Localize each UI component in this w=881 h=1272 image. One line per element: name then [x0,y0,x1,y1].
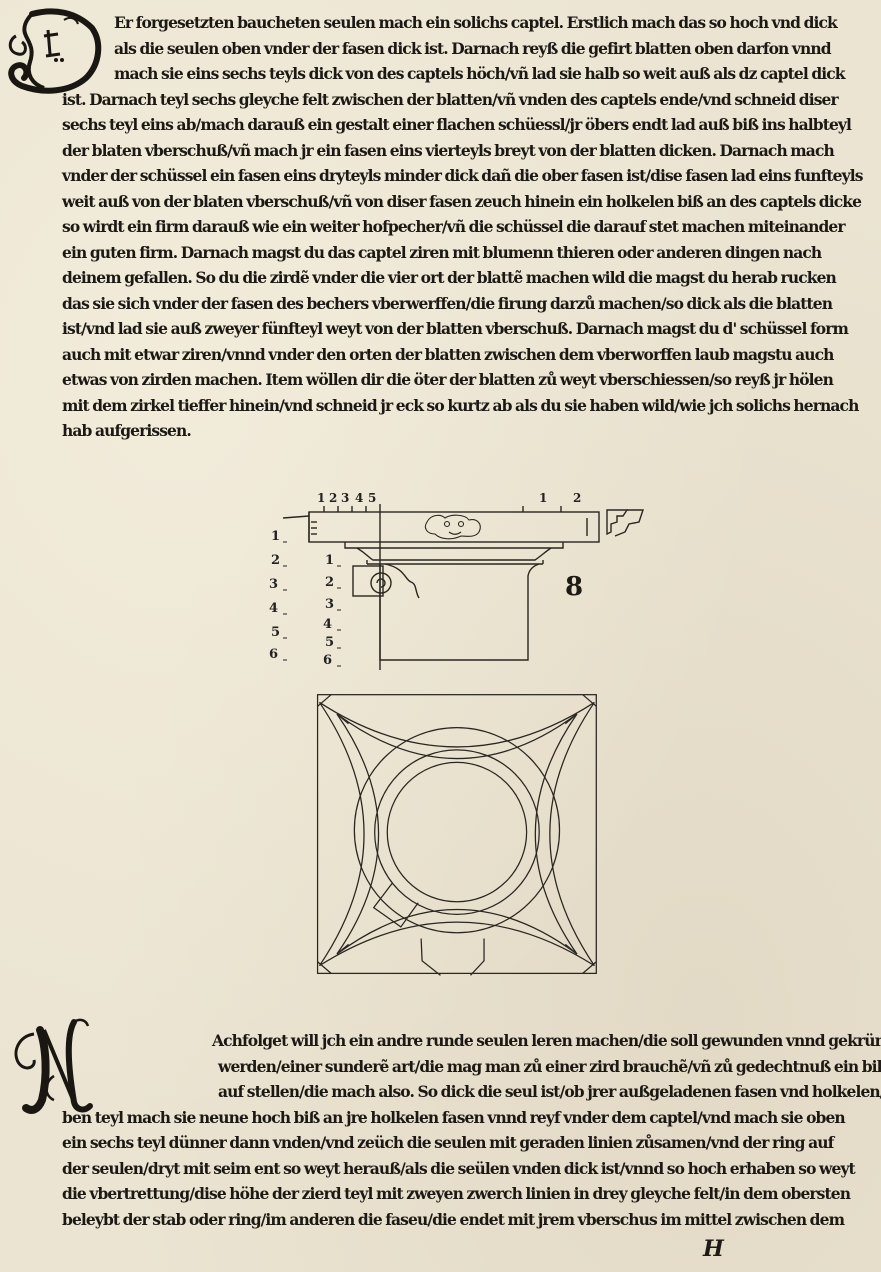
text-line: ist/vnd lad sie auß zweyer fünfteyl weyt… [62,316,862,342]
paragraph-twisted-column: Achfolget will jch ein andre runde seule… [62,1028,862,1232]
text-line: das sie sich vnder der fasen des bechers… [62,291,862,317]
text-line: werden/einer sunderẽ art/die mag man zů … [62,1054,862,1080]
capital-plan-diagram [300,685,610,985]
capital-elevation-diagram: 1 2 3 4 5 1 2 1 2 3 4 5 6 1 2 3 4 5 6 [255,480,655,670]
text-line: ein sechs teyl dünner dann vnden/vnd zeü… [62,1130,862,1156]
svg-text:3: 3 [325,597,334,612]
svg-text:4: 4 [355,491,363,505]
svg-text:5: 5 [271,625,280,640]
text-line: deinem gefallen. So du die zirdẽ vnder d… [62,265,862,291]
svg-text:1: 1 [325,553,334,568]
svg-text:4: 4 [323,617,332,632]
text-line: sechs teyl eins ab/mach darauß ein gesta… [62,112,862,138]
book-page: Er forgesetzten baucheten seulen mach ei… [0,0,881,1272]
text-line: ein guten firm. Darnach magst du das cap… [62,240,862,266]
text-line: der blaten vberschuß/vñ mach jr ein fase… [62,138,862,164]
text-line: so wirdt ein firm darauß wie ein weiter … [62,214,862,240]
text-line: auf stellen/die mach also. So dick die s… [62,1079,862,1105]
text-line: weit auß von der blaten vberschuß/vñ von… [62,189,862,215]
text-line: ist. Darnach teyl sechs gleyche felt zwi… [62,87,862,113]
svg-text:2: 2 [329,491,337,505]
paragraph-capital-instructions: Er forgesetzten baucheten seulen mach ei… [62,10,862,444]
scale-label: 1 [317,491,325,505]
svg-text:2: 2 [325,575,334,590]
text-line: hab aufgerissen. [62,418,862,444]
text-line: Er forgesetzten baucheten seulen mach ei… [62,10,862,36]
text-line: der seulen/dryt mit seim ent so weyt her… [62,1156,862,1182]
text-line: Achfolget will jch ein andre runde seule… [62,1028,862,1054]
svg-text:1: 1 [539,491,547,505]
svg-text:3: 3 [269,577,278,592]
text-line: ben teyl mach sie neune hoch biß an jre … [62,1105,862,1131]
svg-text:5: 5 [325,635,334,650]
text-line: vnder der schüssel ein fasen eins drytey… [62,163,862,189]
text-line: mach sie eins sechs teyls dick von des c… [62,61,862,87]
signature-mark: H [703,1236,724,1262]
svg-text:6: 6 [269,647,278,662]
svg-text:2: 2 [271,553,280,568]
svg-text:1: 1 [271,529,280,544]
text-line: beleybt der stab oder ring/im anderen di… [62,1207,862,1233]
text-line: etwas von zirden machen. Item wöllen dir… [62,367,862,393]
text-line: auch mit etwar ziren/vnnd vnder den orte… [62,342,862,368]
svg-text:3: 3 [341,491,349,505]
svg-text:6: 6 [323,653,332,668]
svg-text:2: 2 [573,491,581,505]
figure-number: 8 [565,572,583,602]
svg-text:4: 4 [269,601,278,616]
text-line: als die seulen oben vnder der fasen dick… [62,36,862,62]
svg-text:5: 5 [368,491,376,505]
text-line: mit dem zirkel tieffer hinein/vnd schnei… [62,393,862,419]
text-line: die vbertrettung/dise höhe der zierd tey… [62,1181,862,1207]
